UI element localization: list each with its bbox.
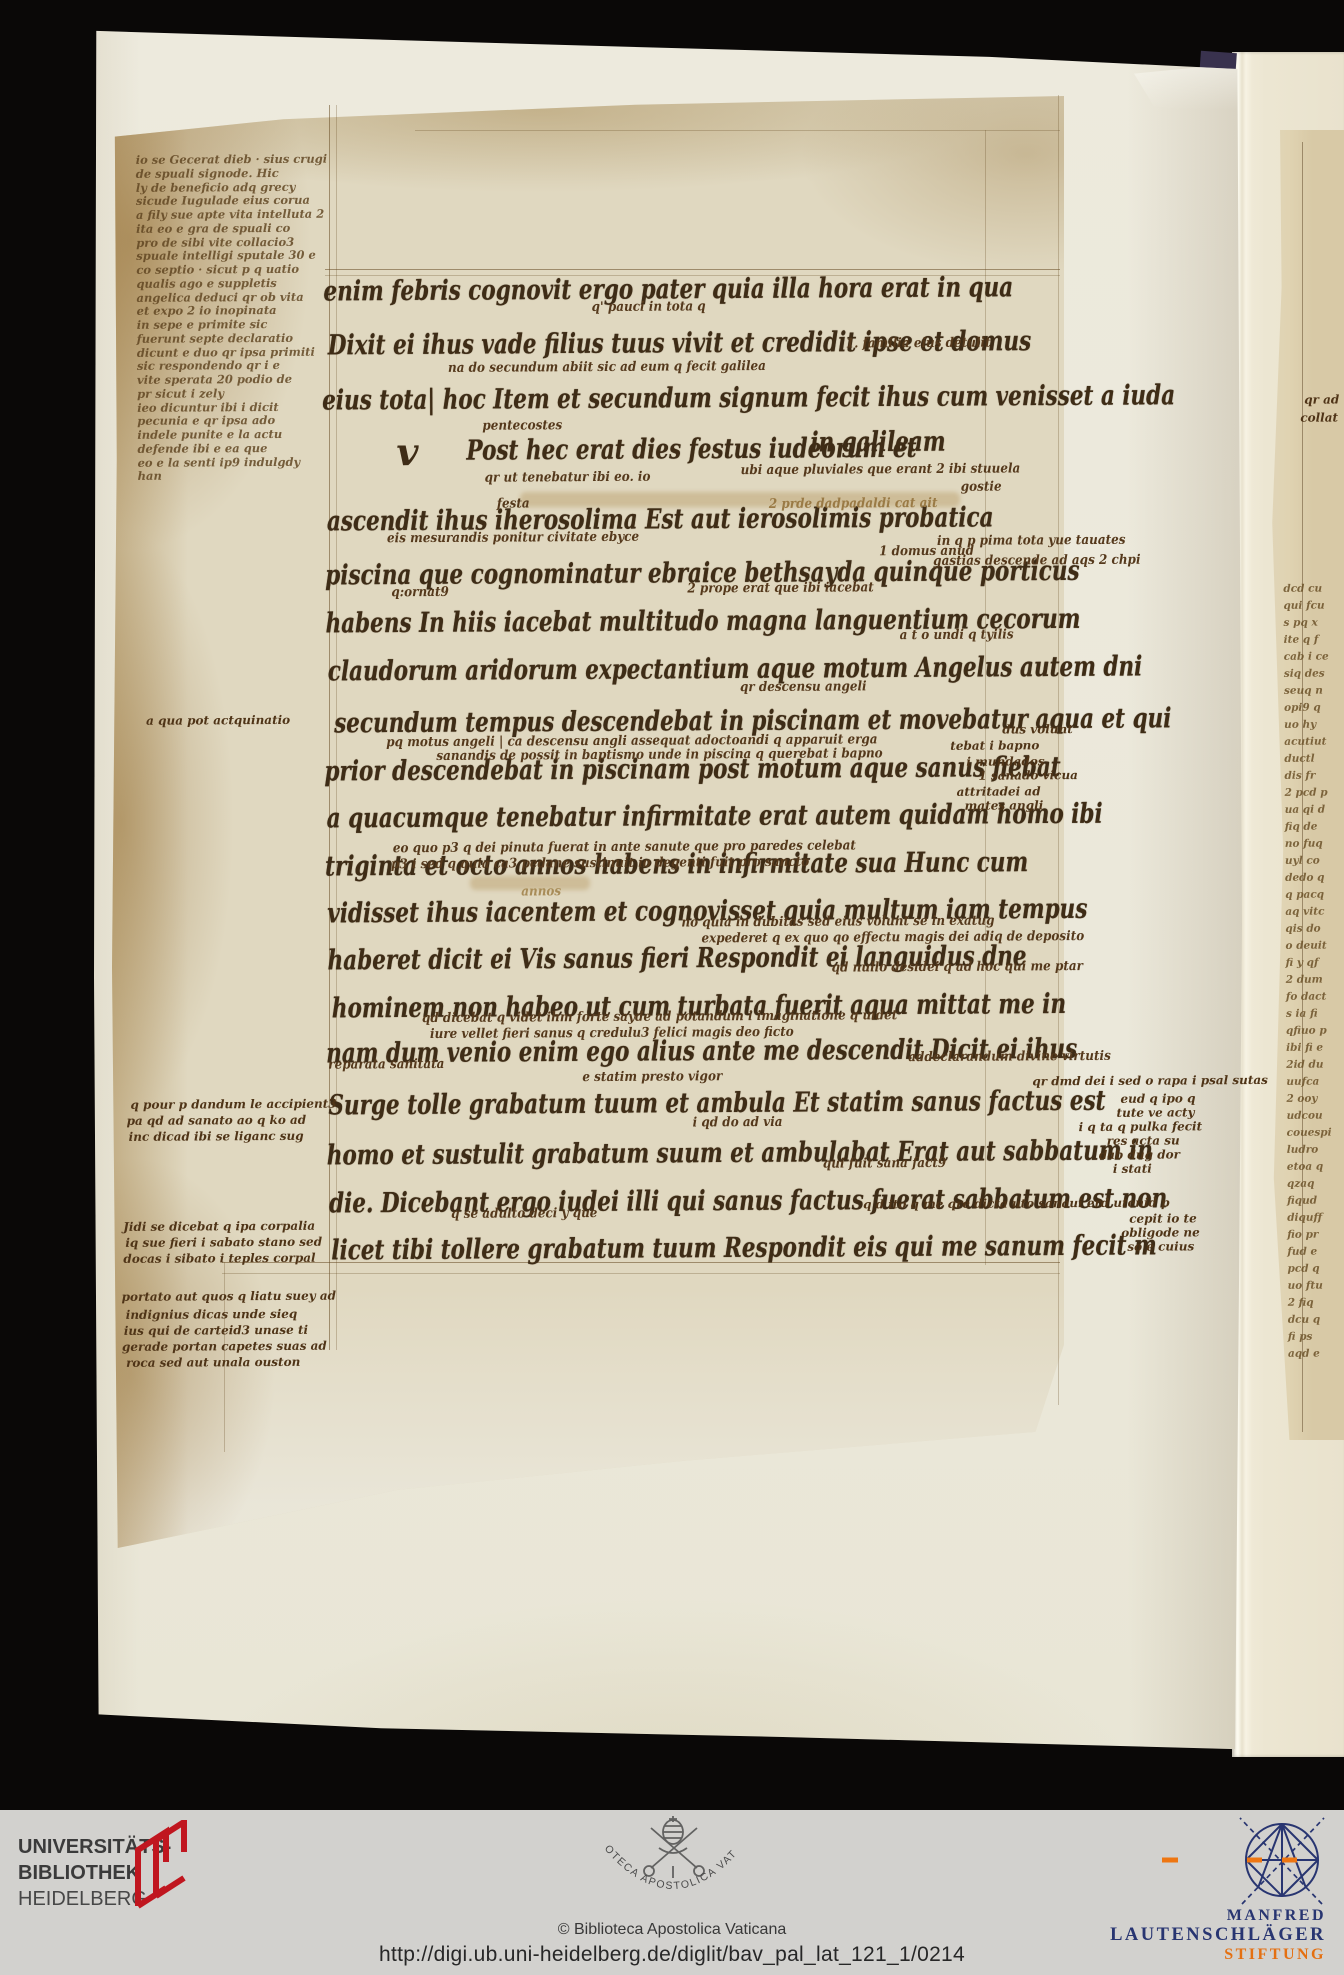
- left-column-line: pecunia e qr ipsa ado: [137, 415, 275, 427]
- ub-heidelberg-logo-icon: [126, 1820, 198, 1912]
- edge-text-line: uyl co: [1285, 856, 1320, 867]
- edge-text-line: fud e: [1287, 1247, 1317, 1258]
- edge-text-line: fi y qf: [1286, 958, 1319, 969]
- edge-text-line: no fuq: [1285, 839, 1323, 850]
- left-column-line: et expo 2 io inopinata: [137, 305, 277, 317]
- margin-note: tebat i bapno: [950, 739, 1039, 752]
- edge-text-line: ludro: [1287, 1145, 1319, 1156]
- gloss-line: i qd do ad via: [693, 1115, 783, 1129]
- margin-note: qr dmd dei i sed o rapa i psal sutas: [1032, 1074, 1268, 1087]
- edge-text-line: qis do: [1285, 924, 1320, 935]
- edge-text-line: uo hy: [1284, 720, 1316, 731]
- edge-text-line: ite q f: [1284, 635, 1319, 646]
- margin-note: q pour p dandum le accipient3: [130, 1098, 336, 1111]
- left-column-line: de spuali signode. Hic: [136, 168, 279, 180]
- margin-note: a qua pot actquinatio: [146, 714, 290, 727]
- left-column-line: fuerunt septe declaratio: [137, 333, 293, 345]
- gloss-line: reparata sanitata: [328, 1057, 444, 1071]
- gloss-line: e statim presto vigor: [582, 1069, 722, 1083]
- edge-text-line: q pacq: [1285, 890, 1324, 901]
- left-column-line: indele punite e la actu: [137, 429, 282, 441]
- gloss-line: pentecostes: [482, 418, 562, 432]
- next-page-text-column: dcd cuqui fcus pq xite q fcab i cesiq de…: [0, 0, 1340, 4]
- gloss-line: eo quo p3 q dei pinuta fuerat in ante sa…: [393, 838, 856, 854]
- edge-text-line: fo dact: [1286, 992, 1327, 1003]
- gloss-line: 2 prde dadpadaldi cat ait: [769, 496, 938, 510]
- vatican-library-stamp-icon: BIBLIOTECA APOSTOLICA VATICANA: [597, 1814, 749, 1918]
- edge-text-line: collat: [1300, 411, 1338, 423]
- gloss-line: qd dicebat q videt ihm forte sayde ad po…: [422, 1008, 897, 1024]
- edge-text-line: fiqud: [1287, 1196, 1317, 1207]
- left-margin-notes: a qua pot actquinatioq pour p dandum le …: [0, 0, 1340, 4]
- edge-text-line: diquff: [1287, 1213, 1322, 1224]
- left-gloss-column: io se Gecerat dieb · sius crugide spuali…: [0, 0, 1340, 4]
- margin-note: cepit io te: [1129, 1212, 1197, 1224]
- margin-note: tute ve acty: [1116, 1106, 1194, 1118]
- left-column-line: in sepe e primite sic: [137, 319, 268, 331]
- margin-note: eud q ipo q: [1120, 1092, 1195, 1104]
- gloss-line: addeclarandum divine virtutis: [908, 1049, 1111, 1063]
- interlinear-glosses: q' pauci in tota q1. familia eius detuli…: [0, 0, 1340, 4]
- left-column-line: han: [138, 471, 162, 483]
- gloss-line: qd nullo desidei q ad hoc qui me ptar: [832, 959, 1083, 974]
- margin-note: Jidi se dicebat q ipa corpalia: [123, 1220, 315, 1233]
- margin-note: q d ito q me qre dicta uto sanaui erd ut…: [863, 1197, 1169, 1211]
- edge-text-line: ductl: [1284, 754, 1314, 765]
- lautenschlaeger-stiftung-logo-icon: [1092, 1816, 1332, 1910]
- edge-text-line: couespi: [1287, 1128, 1332, 1139]
- gloss-line: gostie: [961, 480, 1002, 493]
- left-column-line: defende ibi e ea que: [137, 443, 267, 455]
- gospel-main-text: enim febris cognovit ergo pater quia ill…: [0, 0, 1340, 4]
- gloss-line: q' pauci in tota q: [592, 299, 706, 313]
- edge-text-line: udcou: [1287, 1111, 1323, 1122]
- gloss-line: 1. familia eius detulit: [846, 336, 991, 350]
- margin-note: roca sed aut unala ouston: [126, 1356, 300, 1369]
- edge-text-line: opi9 q: [1284, 703, 1321, 714]
- edge-text-line: uufca: [1286, 1077, 1319, 1088]
- margin-note: 1 sanado vicua: [978, 769, 1078, 782]
- edge-text-line: siq des: [1284, 669, 1325, 680]
- edge-text-line: qui fcu: [1283, 601, 1324, 612]
- left-column-line: spuale intelligi sputale 30 e: [136, 250, 316, 263]
- edge-text-line: uo ftu: [1288, 1281, 1323, 1292]
- edge-text-line: o deuit: [1285, 941, 1326, 952]
- gloss-line: qui fuit sana fact9: [823, 1156, 946, 1170]
- left-column-line: pr sicut i zely: [137, 388, 224, 400]
- margin-note: ius qui de carteid3 unase ti: [124, 1324, 308, 1337]
- gloss-line: in q p pima tota yue tauates: [937, 533, 1126, 547]
- main-text-line: licet tibi tollere grabatum tuum Respond…: [331, 1233, 1157, 1266]
- margin-note: obligode ne: [1121, 1226, 1200, 1238]
- margin-note: attritadei ad: [957, 785, 1041, 798]
- left-column-line: ly de beneficio adq grecy: [136, 181, 296, 193]
- edge-text-line: dcd cu: [1283, 584, 1322, 595]
- gloss-line: festa: [497, 496, 530, 509]
- left-column-line: ieo dicuntur ibi i dicit: [137, 401, 279, 413]
- edge-text-line: acutiut: [1284, 737, 1326, 748]
- edge-text-line: 2 pcd p: [1285, 788, 1328, 799]
- margin-note: iq sue fieri i sabato stano sed: [125, 1236, 322, 1249]
- left-column-line: vite sperata 20 podio de: [137, 374, 292, 386]
- gloss-line: ubi aque pluviales que erant 2 ibi stuue…: [741, 461, 1021, 476]
- margin-note: dab dug dor: [1099, 1148, 1180, 1160]
- margin-note: gerade portan capetes suas ad: [122, 1340, 327, 1353]
- edge-text-line: ua qi d: [1285, 805, 1325, 816]
- gloss-line: q se adulto deci y que: [451, 1206, 597, 1220]
- edge-text-line: dis fr: [1284, 771, 1315, 782]
- margin-note: inc dicad ibi se liganc sug: [129, 1130, 304, 1143]
- left-column-line: sicude Iugulade eius corua: [136, 195, 310, 208]
- margin-note: portato aut quos q liatu suey ad: [122, 1290, 336, 1303]
- margin-note: pa qd ad sanato ao q ko ad: [127, 1114, 307, 1127]
- main-text-line: eius tota| hoc Item et secundum signum f…: [322, 382, 1175, 415]
- edge-text-line: fi ps: [1288, 1332, 1313, 1343]
- edge-text-line: qzaq: [1287, 1179, 1315, 1190]
- gloss-line: sanandis de possit in baptismo unde in p…: [436, 746, 882, 762]
- edge-text-line: pcd q: [1287, 1264, 1319, 1275]
- left-column-line: sic respondendo qr i e: [137, 360, 280, 372]
- main-text-line: in galileam: [810, 429, 945, 457]
- edge-text-line: ibi fi e: [1286, 1043, 1323, 1054]
- edge-text-line: aqd e: [1288, 1349, 1320, 1360]
- gloss-line: p3 i sed q quia ca3 pedane sustinuit io …: [391, 855, 809, 871]
- gloss-line: qr descensu angeli: [740, 679, 867, 693]
- left-column-line: io se Gecerat dieb · sius crugi: [136, 154, 327, 167]
- edge-text-line: qr ad: [1304, 393, 1339, 405]
- left-column-line: angelica deduci qr ob vita: [137, 291, 304, 304]
- gloss-line: a t o undi q tyilis: [900, 627, 1014, 641]
- mls-line3: STIFTUNG: [1110, 1945, 1326, 1964]
- margin-note: mates angli: [965, 799, 1044, 811]
- edge-text-line: etoa q: [1287, 1162, 1323, 1173]
- edge-text-line: s pq x: [1284, 618, 1318, 629]
- edge-text-line: dcu q: [1288, 1315, 1320, 1326]
- digitized-manuscript-scan: enim febris cognovit ergo pater quia ill…: [0, 0, 1344, 1975]
- margin-note: i q ta q pulka fecit: [1079, 1120, 1203, 1133]
- manuscript-text: enim febris cognovit ergo pater quia ill…: [0, 0, 1344, 1975]
- margin-note: dus volunt: [1002, 723, 1073, 735]
- left-column-line: qualis ago e suppletis: [136, 278, 276, 290]
- margin-note: docas i sibato i teples corpal: [123, 1252, 315, 1265]
- edge-text-line: 2 fiq: [1288, 1298, 1314, 1309]
- edge-text-line: qfiuo p: [1286, 1026, 1327, 1037]
- mls-line2: LAUTENSCHLÄGER: [1110, 1925, 1326, 1945]
- edge-text-line: 2id du: [1286, 1060, 1323, 1071]
- paragraph-initial: v: [396, 433, 418, 471]
- left-column-line: ita eo e gra de spuali co: [136, 223, 290, 235]
- margin-note: i mundados: [966, 755, 1044, 767]
- viewer-footer: UNIVERSITÄTS- BIBLIOTHEK HEIDELBERG: [0, 1810, 1344, 1975]
- gloss-line: 2 prope erat que ibi iacebat: [687, 580, 874, 594]
- gloss-line: qr ut tenebatur ibi eo. io: [485, 470, 651, 484]
- gloss-line: annos: [521, 884, 561, 897]
- gloss-line: iure vellet fieri sanus q credulu3 felic…: [430, 1025, 794, 1040]
- edge-text-line: fio pr: [1287, 1230, 1318, 1241]
- edge-text-line: dedo q: [1285, 873, 1324, 884]
- right-margin-notes: dus volunttebat i bapnoi mundados1 sanad…: [0, 0, 1340, 4]
- edge-text-line: aq vitc: [1285, 907, 1324, 918]
- margin-note: indignius dicas unde sieq: [126, 1308, 298, 1321]
- edge-text-line: seuq n: [1284, 686, 1323, 697]
- left-column-line: pro de sibi vite collacio3: [136, 236, 294, 248]
- gloss-line: q:ornat9: [391, 585, 449, 599]
- main-text-line: homo et sustulit grabatum suum et ambula…: [327, 1138, 1153, 1171]
- left-column-line: eo e la senti ip9 indulgdy: [138, 456, 301, 468]
- edge-text-line: fiq de: [1285, 822, 1318, 833]
- edge-text-line: 2 dum: [1286, 975, 1323, 986]
- margin-note: so e cuius: [1127, 1240, 1194, 1252]
- gloss-line: no quia in dubitas sed eius volunt se in…: [681, 914, 994, 929]
- lautenschlaeger-stiftung-wordmark: MANFRED LAUTENSCHLÄGER STIFTUNG: [1110, 1906, 1326, 1964]
- gloss-line: eis mesurandis ponitur civitate ebyce: [387, 530, 639, 545]
- edge-text-line: cab i ce: [1284, 652, 1329, 663]
- mls-line1: MANFRED: [1110, 1906, 1326, 1925]
- gloss-line: gastias descende ad aqs 2 chpi: [933, 553, 1140, 567]
- edge-text-line: 2 ooy: [1286, 1094, 1317, 1105]
- left-column-line: a fily sue apte vita intelluta 2: [136, 209, 324, 222]
- gloss-line: expederet q ex quo qo effectu magis dei …: [701, 929, 1084, 945]
- left-column-line: dicunt e duo qr ipsa primiti: [137, 346, 315, 359]
- next-page-header-text: qr adcollat: [0, 0, 1340, 4]
- margin-note: i stati: [1113, 1163, 1152, 1175]
- left-column-line: co septio · sicut p q uatio: [136, 264, 299, 276]
- margin-note: res acta su: [1107, 1134, 1180, 1146]
- edge-text-line: s ia fi: [1286, 1009, 1318, 1020]
- main-text-line: claudorum aridorum expectantium aque mot…: [328, 654, 1143, 686]
- gloss-line: na do secundum abiit sic ad eum q fecit …: [448, 359, 766, 374]
